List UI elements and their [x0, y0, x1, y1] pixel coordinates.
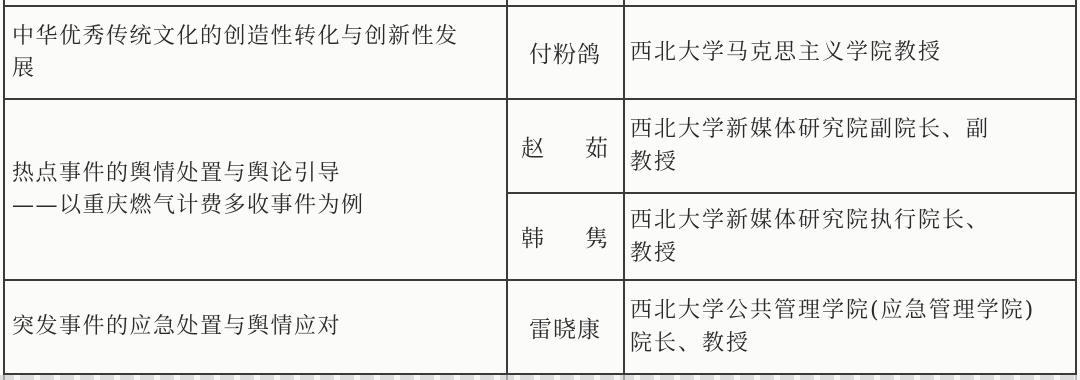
speaker-title-text: 西北大学新媒体研究院副院长、副 教授 [630, 113, 990, 179]
speaker-name-second-char: 茹 [585, 130, 609, 163]
table-rule-col2 [623, 0, 625, 380]
speaker-name: 赵 茹 [508, 100, 622, 192]
topic-text: 中华优秀传统文化的创造性转化与创新性发 展 [12, 21, 459, 85]
lecture-schedule-table: 中华优秀传统文化的创造性转化与创新性发 展 付粉鸽 西北大学马克思主义学院教授 … [0, 0, 1080, 380]
speaker-name-text: 雷晓康 [529, 311, 601, 344]
topic-text: 热点事件的舆情处置与舆论引导 ——以重庆燃气计费多收事件为例 [12, 158, 365, 222]
speaker-name: 付粉鸽 [508, 7, 622, 98]
topic-text: 突发事件的应急处置与舆情应对 [12, 311, 341, 343]
speaker-name-first-char: 赵 [521, 130, 545, 163]
speaker-name-first-char: 韩 [521, 220, 545, 253]
table-rule-left [3, 0, 5, 380]
speaker-title-text: 西北大学新媒体研究院执行院长、 教授 [630, 204, 990, 270]
speaker-name-text: 付粉鸽 [529, 36, 601, 69]
speaker-title-text: 西北大学马克思主义学院教授 [630, 36, 942, 69]
speaker-title: 西北大学新媒体研究院副院长、副 教授 [626, 100, 1074, 192]
speaker-title: 西北大学新媒体研究院执行院长、 教授 [626, 194, 1074, 279]
table-rule-right [1075, 0, 1077, 380]
speaker-title: 西北大学公共管理学院(应急管理学院) 院长、教授 [626, 281, 1074, 373]
speaker-name: 韩 隽 [508, 194, 622, 279]
table-row-topic: 突发事件的应急处置与舆情应对 [8, 281, 503, 373]
speaker-name: 雷晓康 [508, 281, 622, 373]
next-row-cutoff [0, 375, 1080, 380]
table-row-topic: 热点事件的舆情处置与舆论引导 ——以重庆燃气计费多收事件为例 [8, 100, 503, 279]
table-row-topic: 中华优秀传统文化的创造性转化与创新性发 展 [8, 7, 503, 98]
speaker-title-text: 西北大学公共管理学院(应急管理学院) 院长、教授 [630, 294, 1035, 360]
speaker-title: 西北大学马克思主义学院教授 [626, 7, 1074, 98]
speaker-name-second-char: 隽 [585, 220, 609, 253]
